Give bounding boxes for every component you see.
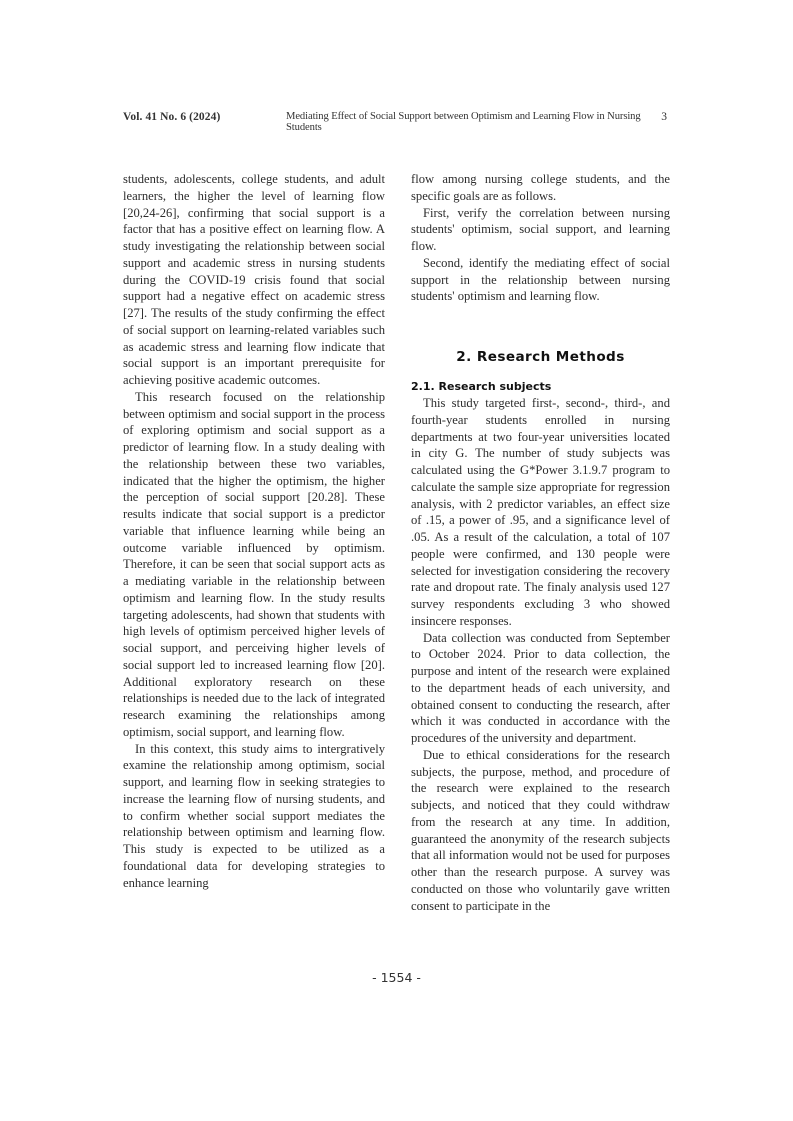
- page-footer-number: - 1554 -: [0, 970, 793, 985]
- paragraph: flow among nursing college students, and…: [411, 171, 670, 205]
- subsection-heading: 2.1. Research subjects: [411, 379, 670, 395]
- running-header: Vol. 41 No. 6 (2024) Mediating Effect of…: [123, 111, 669, 127]
- section-heading: 2. Research Methods: [411, 345, 670, 369]
- paragraph: Data collection was conducted from Septe…: [411, 630, 670, 747]
- subsection-number: 2.1.: [411, 380, 435, 393]
- paragraph: students, adolescents, college students,…: [123, 171, 385, 389]
- left-column: students, adolescents, college students,…: [123, 171, 385, 891]
- header-page-number: 3: [661, 111, 667, 123]
- paragraph: This study targeted first-, second-, thi…: [411, 395, 670, 630]
- paragraph: Second, identify the mediating effect of…: [411, 255, 670, 305]
- paragraph: This research focused on the relationshi…: [123, 389, 385, 741]
- running-title: Mediating Effect of Social Support betwe…: [286, 111, 669, 133]
- journal-volume: Vol. 41 No. 6 (2024): [123, 111, 220, 123]
- paragraph: In this context, this study aims to inte…: [123, 741, 385, 892]
- subsection-title: Research subjects: [439, 380, 552, 393]
- paragraph: First, verify the correlation between nu…: [411, 205, 670, 255]
- right-column: flow among nursing college students, and…: [411, 171, 670, 914]
- paragraph: Due to ethical considerations for the re…: [411, 747, 670, 915]
